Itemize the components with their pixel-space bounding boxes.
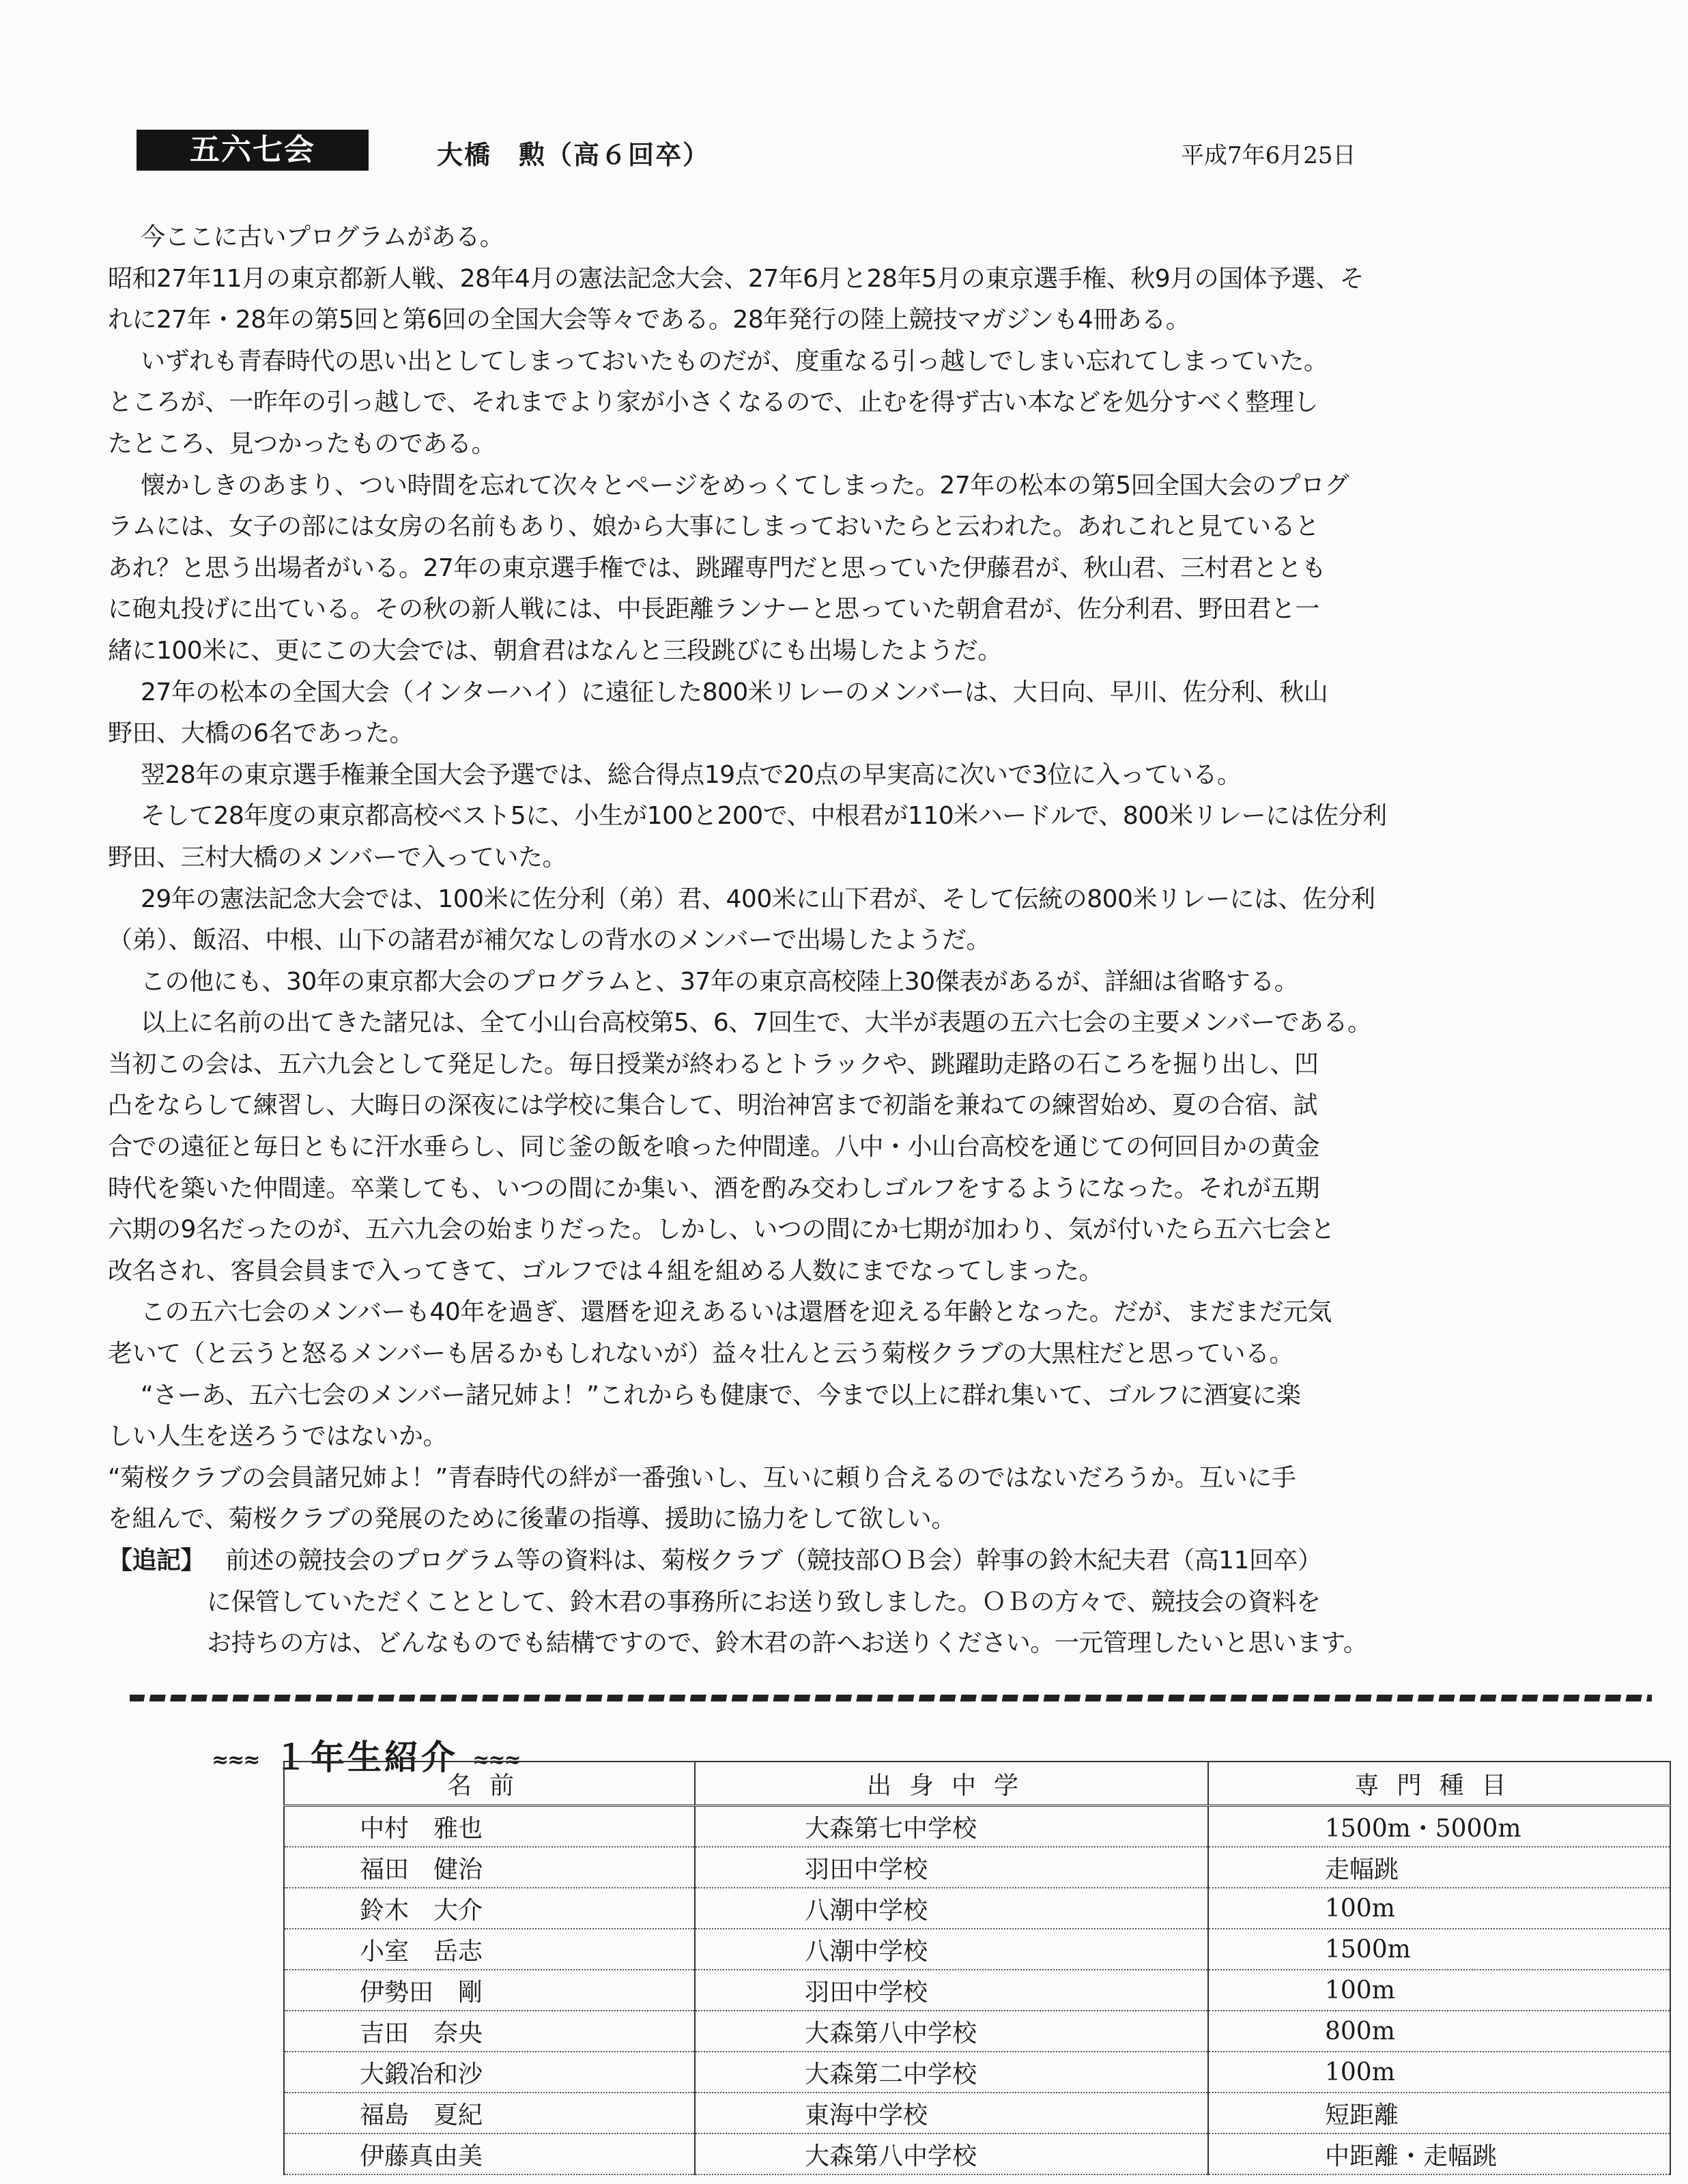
body-line: たところ、見つかったものである。 xyxy=(108,424,1657,465)
member-event: 走幅跳 xyxy=(1208,1847,1670,1888)
member-school: 八潮中学校 xyxy=(695,1888,1208,1929)
body-line: 六期の9名だったのが、五六九会の始まりだった。しかし、いつの間にか七期が加わり、… xyxy=(108,1209,1657,1251)
table-row: 小室 岳志八潮中学校1500m xyxy=(284,1929,1670,1970)
member-event: 短距離 xyxy=(1208,2093,1670,2133)
table-row: 吉田 奈央大森第八中学校800m xyxy=(284,2011,1670,2052)
body-line: 緒に100米に、更にこの大会では、朝倉君はなんと三段跳びにも出場したようだ。 xyxy=(108,631,1657,672)
postscript-label: 【追記】 xyxy=(108,1547,205,1575)
wave-ornament-left: ≈≈≈ xyxy=(212,1749,259,1772)
body-line: ラムには、女子の部には女房の名前もあり、娘から大事にしまっておいたらと云われた。… xyxy=(108,506,1657,548)
member-school: 東海中学校 xyxy=(695,2093,1208,2133)
member-name: 伊勢田 剛 xyxy=(284,1970,695,2011)
body-line: 翌28年の東京選手権兼全国大会予選では、総合得点19点で20点の早実高に次いで3… xyxy=(108,755,1657,796)
table-row: 福島 夏紀東海中学校短距離 xyxy=(284,2093,1670,2133)
body-line: に砲丸投げに出ている。その秋の新人戦には、中長距離ランナーと思っていた朝倉君が、… xyxy=(108,589,1657,631)
table-row: 鈴木 大介八潮中学校100m xyxy=(284,1888,1670,1929)
column-header-event: 専門種目 xyxy=(1208,1762,1670,1806)
body-line: 凸をならして練習し、大晦日の深夜には学校に集合して、明治神宮まで初詣を兼ねての練… xyxy=(108,1085,1657,1127)
article-title: 五六七会 xyxy=(137,130,369,171)
body-line: 昭和27年11月の東京都新人戦、28年4月の憲法記念大会、27年6月と28年5月… xyxy=(108,259,1657,300)
body-line: 老いて（と云うと怒るメンバーも居るかもしれないが）益々壮んと云う菊桜クラブの大黒… xyxy=(108,1334,1657,1375)
body-line: 合での遠征と毎日ともに汗水垂らし、同じ釜の飯を喰った仲間達。八中・小山台高校を通… xyxy=(108,1127,1657,1168)
member-name: 福田 健治 xyxy=(284,1847,695,1888)
member-name: 小室 岳志 xyxy=(284,1929,695,1970)
table-header-row: 名前 出身中学 専門種目 xyxy=(284,1762,1670,1806)
table-row: 大鍛冶和沙大森第二中学校100m xyxy=(284,2052,1670,2093)
member-school: 羽田中学校 xyxy=(695,1970,1208,2011)
body-line: “さーあ、五六七会のメンバー諸兄姉よ！”これからも健康で、今まで以上に群れ集いて… xyxy=(108,1375,1657,1417)
body-line: この五六七会のメンバーも40年を過ぎ、還暦を迎えあるいは還暦を迎える年齢となった… xyxy=(108,1292,1657,1334)
member-name: 鈴木 大介 xyxy=(284,1888,695,1929)
body-line: 当初この会は、五六九会として発足した。毎日授業が終わるとトラックや、跳躍助走路の… xyxy=(108,1044,1657,1086)
table-row: 伊藤真由美大森第八中学校中距離・走幅跳 xyxy=(284,2133,1670,2174)
member-event: 1500m xyxy=(1208,1929,1670,1970)
body-line: 野田、三村大橋のメンバーで入っていた。 xyxy=(108,837,1657,879)
member-event: 1500m・5000m xyxy=(1208,1806,1670,1848)
member-event: 800m xyxy=(1208,2011,1670,2052)
column-header-name: 名前 xyxy=(284,1762,695,1806)
body-line: れに27年・28年の第5回と第6回の全国大会等々である。28年発行の陸上競技マガ… xyxy=(108,300,1657,341)
body-line: いずれも青春時代の思い出としてしまっておいたものだが、度重なる引っ越しでしまい忘… xyxy=(108,341,1657,383)
body-line: 野田、大橋の6名であった。 xyxy=(108,713,1657,755)
member-event: 中距離・走幅跳 xyxy=(1208,2133,1670,2174)
member-school: 大森第二中学校 xyxy=(695,2052,1208,2093)
column-header-school: 出身中学 xyxy=(695,1762,1208,1806)
member-school: 八潮中学校 xyxy=(695,1929,1208,1970)
body-line: しい人生を送ろうではないか。 xyxy=(108,1416,1657,1458)
body-line: 以上に名前の出てきた諸兄は、全て小山台高校第5、6、7回生で、大半が表題の五六七… xyxy=(108,1003,1657,1044)
body-line: あれ？と思う出場者がいる。27年の東京選手権では、跳躍専門だと思っていた伊藤君が… xyxy=(108,548,1657,590)
member-name: 伊藤真由美 xyxy=(284,2133,695,2174)
body-line: （弟）、飯沼、中根、山下の諸君が補欠なしの背水のメンバーで出場したようだ。 xyxy=(108,920,1657,962)
postscript-line: に保管していただくこととして、鈴木君の事務所にお送り致しました。ＯＢの方々で、競… xyxy=(108,1582,1657,1624)
member-name: 大鍛冶和沙 xyxy=(284,2052,695,2093)
member-school: 大森第八中学校 xyxy=(695,2133,1208,2174)
member-name: 中村 雅也 xyxy=(284,1806,695,1848)
table-row: 伊勢田 剛羽田中学校100m xyxy=(284,1970,1670,2011)
section-divider xyxy=(130,1695,1652,1701)
article-body: 今ここに古いプログラムがある。昭和27年11月の東京都新人戦、28年4月の憲法記… xyxy=(108,217,1657,1665)
member-school: 大森第七中学校 xyxy=(695,1806,1208,1848)
postscript-line: お持ちの方は、どんなものでも結構ですので、鈴木君の許へお送りください。一元管理し… xyxy=(108,1623,1657,1665)
body-line: 改名され、客員会員まで入ってきて、ゴルフでは４組を組める人数にまでなってしまった… xyxy=(108,1251,1657,1293)
member-school: 羽田中学校 xyxy=(695,1847,1208,1888)
body-line: 時代を築いた仲間達。卒業しても、いつの間にか集い、酒を酌み交わしゴルフをするよう… xyxy=(108,1168,1657,1210)
article-header: 五六七会 大橋 勲（高６回卒） 平成7年6月25日 xyxy=(137,130,1433,171)
article-date: 平成7年6月25日 xyxy=(1181,136,1356,170)
member-school: 大森第八中学校 xyxy=(695,2011,1208,2052)
body-line: “菊桜クラブの会員諸兄姉よ！”青春時代の絆が一番強いし、互いに頼り合えるのではな… xyxy=(108,1458,1657,1499)
member-event: 100m xyxy=(1208,1888,1670,1929)
body-line: ところが、一昨年の引っ越しで、それまでより家が小さくなるので、止むを得ず古い本な… xyxy=(108,382,1657,424)
member-event: 100m xyxy=(1208,1970,1670,2011)
member-name: 吉田 奈央 xyxy=(284,2011,695,2052)
postscript-line: 【追記】前述の競技会のプログラム等の資料は、菊桜クラブ（競技部ＯＢ会）幹事の鈴木… xyxy=(108,1540,1657,1582)
body-line: 今ここに古いプログラムがある。 xyxy=(108,217,1657,259)
body-line: 懐かしきのあまり、つい時間を忘れて次々とページをめっくてしまった。27年の松本の… xyxy=(108,465,1657,507)
table-row: 中村 雅也大森第七中学校1500m・5000m xyxy=(284,1806,1670,1848)
body-line: 29年の憲法記念大会では、100米に佐分利（弟）君、400米に山下君が、そして伝… xyxy=(108,879,1657,921)
body-line: 27年の松本の全国大会（インターハイ）に遠征した800米リレーのメンバーは、大日… xyxy=(108,672,1657,714)
member-name: 福島 夏紀 xyxy=(284,2093,695,2133)
body-line: そして28年度の東京都高校ベスト5に、小生が100と200で、中根君が110米ハ… xyxy=(108,796,1657,837)
body-line: を組んで、菊桜クラブの発展のために後輩の指導、援助に協力をして欲しい。 xyxy=(108,1499,1657,1540)
postscript-text: 前述の競技会のプログラム等の資料は、菊桜クラブ（競技部ＯＢ会）幹事の鈴木紀夫君（… xyxy=(205,1547,1321,1575)
article-author: 大橋 勲（高６回卒） xyxy=(437,134,710,171)
body-line: この他にも、30年の東京都大会のプログラムと、37年の東京高校陸上30傑表がある… xyxy=(108,962,1657,1003)
member-event: 100m xyxy=(1208,2052,1670,2093)
freshman-table: 名前 出身中学 専門種目 中村 雅也大森第七中学校1500m・5000m福田 健… xyxy=(283,1761,1671,2175)
table-row: 福田 健治羽田中学校走幅跳 xyxy=(284,1847,1670,1888)
